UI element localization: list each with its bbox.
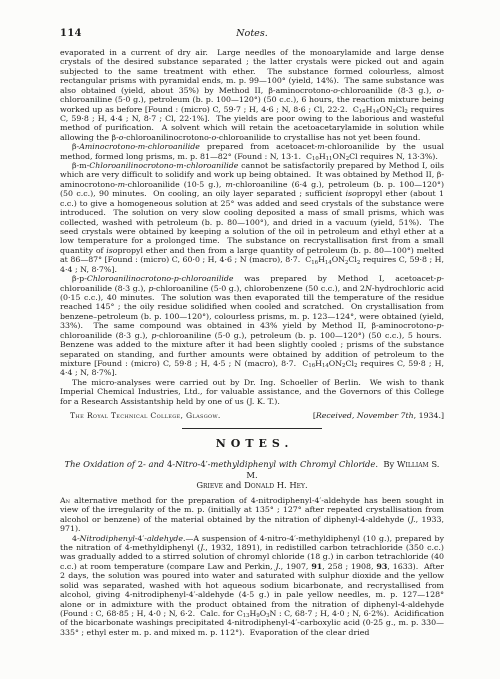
signature-row: The Royal Technical College, Glasgow. [R…: [60, 411, 444, 420]
body-paragraph: β-Aminocrotono-m-chloroanilide prepared …: [60, 142, 444, 161]
received-date: [Received, November 7th, 1934.]: [313, 411, 444, 420]
note-paragraph: An alternative method for the preparatio…: [60, 496, 444, 534]
acknowledgement-paragraph: The micro-analyses were carried out by D…: [60, 378, 444, 406]
body-paragraph: β-p-Chloroanilinocrotono-p-chloroanilide…: [60, 274, 444, 378]
body-paragraph: β-m-Chloroanilinocrotono-m-chloroanilide…: [60, 161, 444, 274]
page-header: 114 Notes.: [60, 28, 444, 42]
article-body: evaporated in a current of dry air. Larg…: [60, 48, 444, 420]
section-divider-rule: [182, 428, 322, 429]
note-title: The Oxidation of 2- and 4-Nitro-4′-methy…: [60, 459, 444, 491]
body-paragraph: evaporated in a current of dry air. Larg…: [60, 48, 444, 142]
journal-page: 114 Notes. evaporated in a current of dr…: [0, 0, 500, 679]
affiliation-text: The Royal Technical College, Glasgow.: [60, 411, 221, 420]
running-head: Notes.: [60, 28, 444, 39]
note-article: An alternative method for the preparatio…: [60, 496, 444, 637]
notes-heading: NOTES.: [65, 437, 444, 450]
note-paragraph: 4-Nitrodiphenyl-4′-aldehyde.—A suspensio…: [60, 534, 444, 638]
notes-section: NOTES. The Oxidation of 2- and 4-Nitro-4…: [60, 437, 444, 637]
